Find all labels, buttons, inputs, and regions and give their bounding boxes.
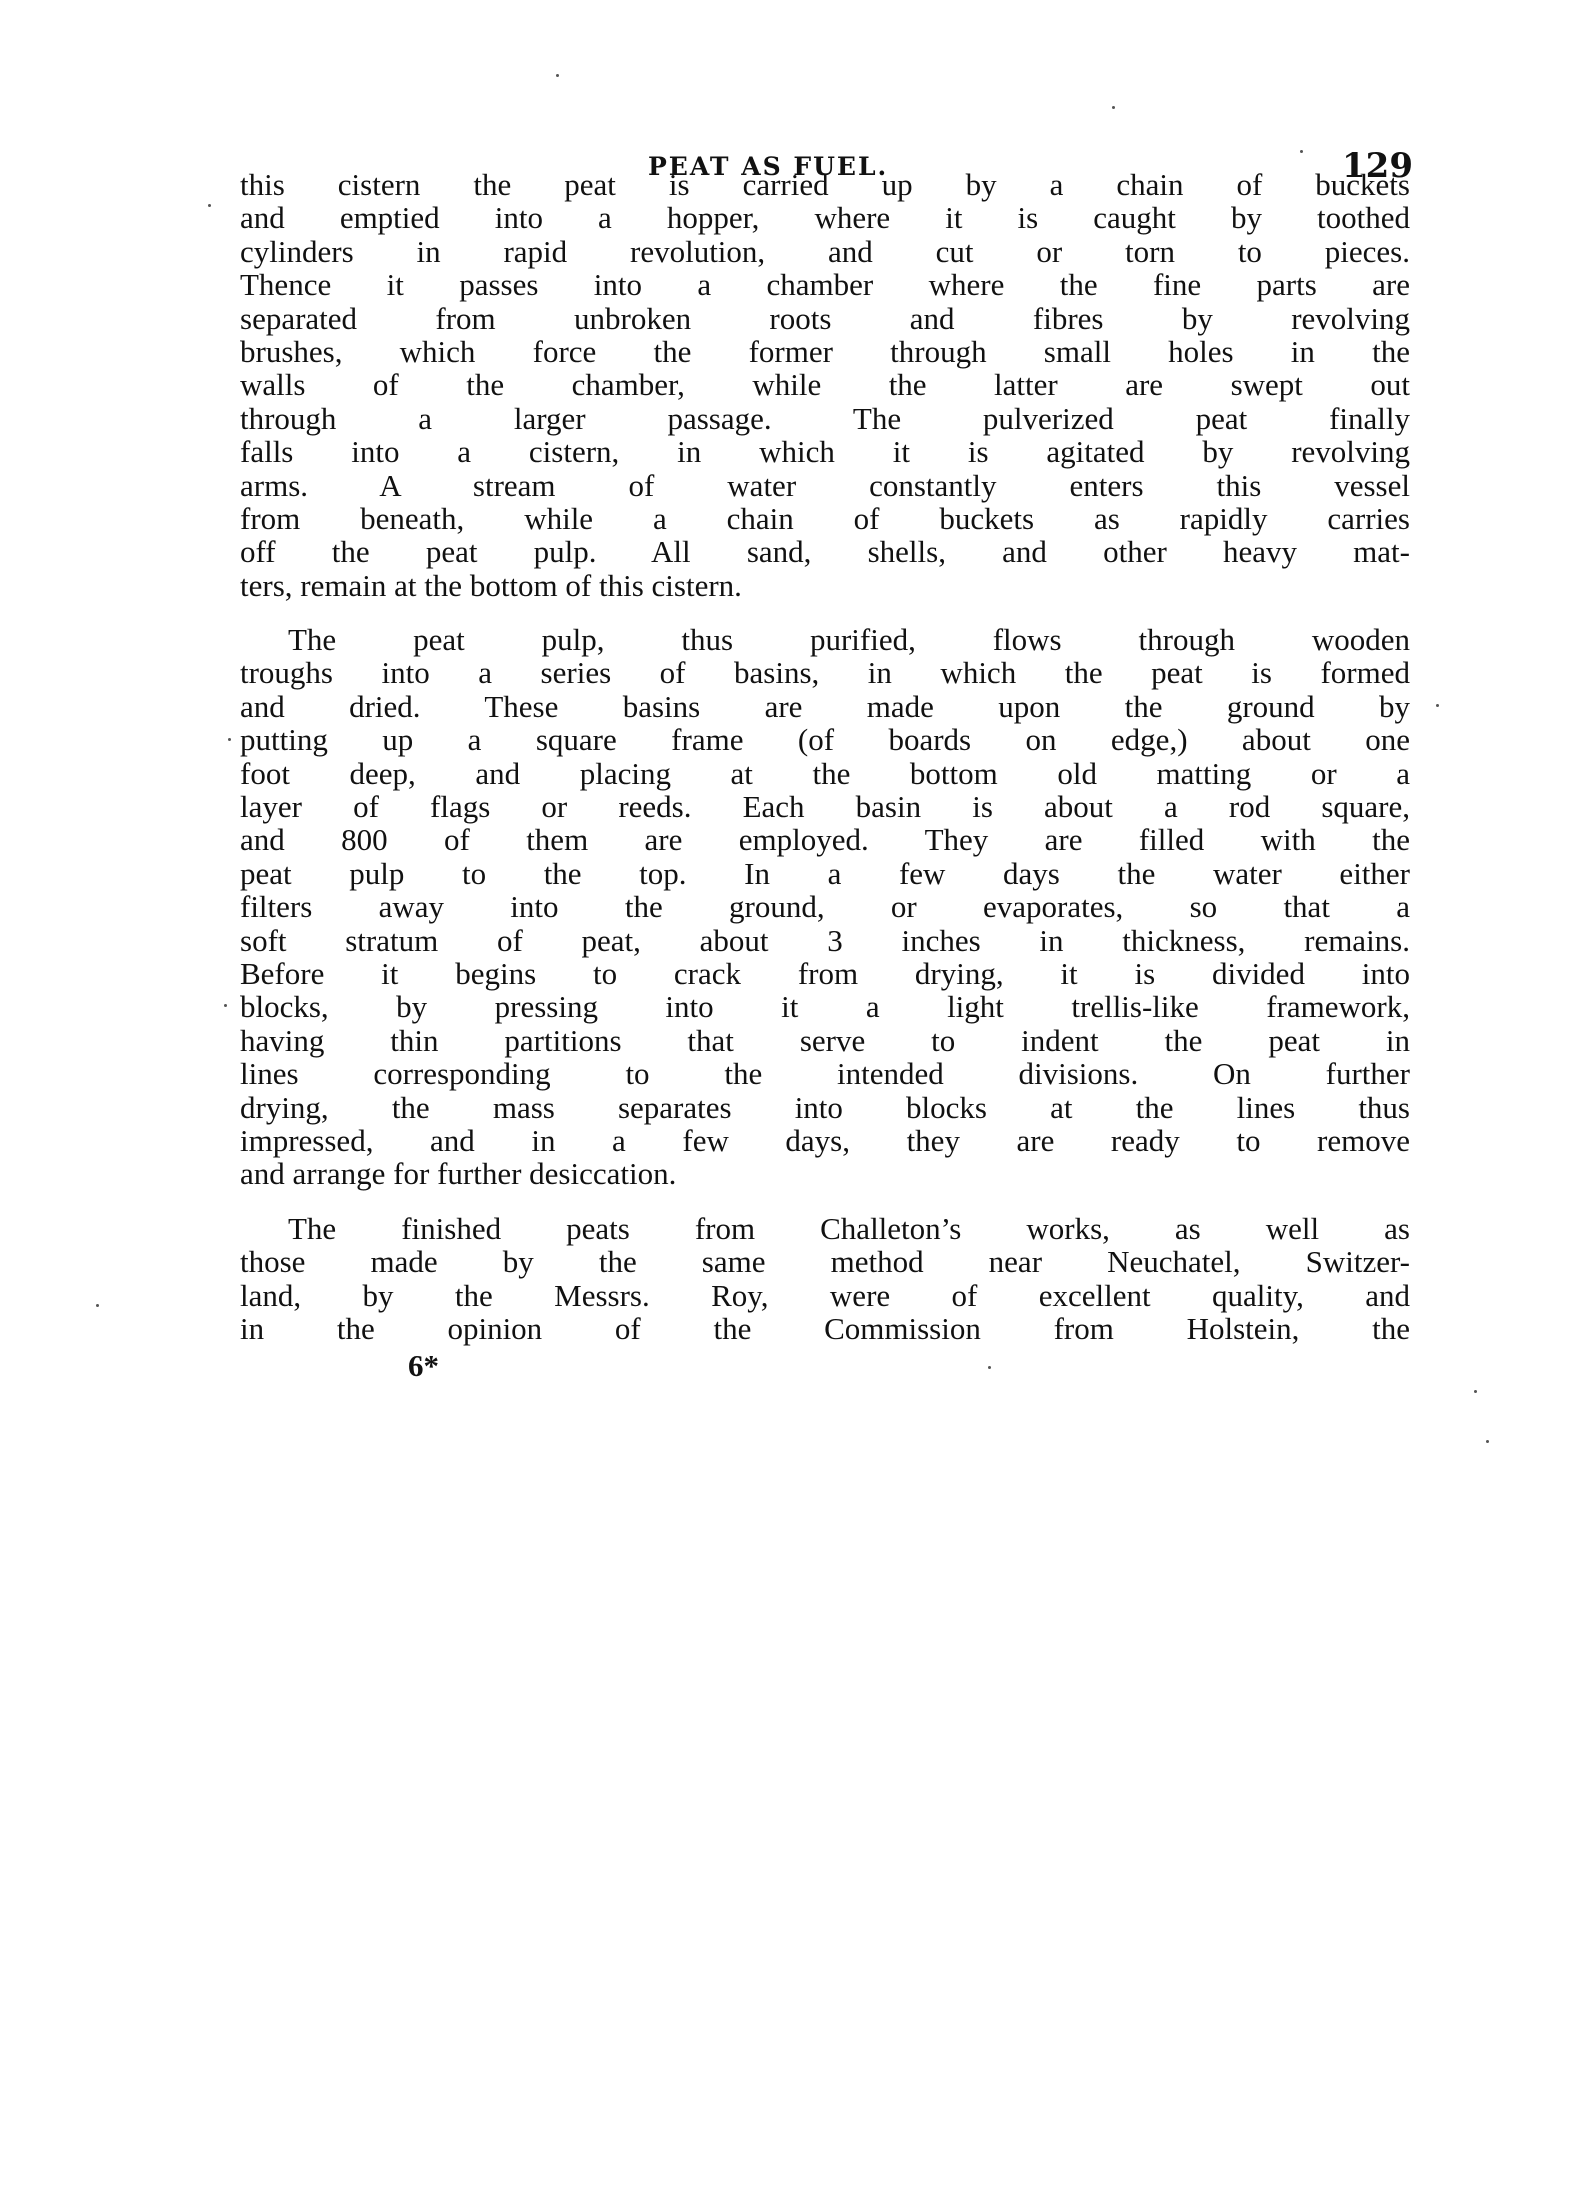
- scan-speck: [988, 1366, 991, 1369]
- scan-speck: [1436, 704, 1439, 707]
- text-line: and 800 of them are employed. They are f…: [240, 823, 1410, 856]
- text-line: The finished peats from Challeton’s work…: [240, 1212, 1410, 1245]
- text-line: peat pulp to the top. In a few days the …: [240, 857, 1410, 890]
- text-line: having thin partitions that serve to ind…: [240, 1024, 1410, 1057]
- text-line: and dried. These basins are made upon th…: [240, 690, 1410, 723]
- text-line: ters, remain at the bottom of this ciste…: [240, 569, 1410, 602]
- text-line: layer of flags or reeds. Each basin is a…: [240, 790, 1410, 823]
- scan-speck: [228, 738, 231, 741]
- text-line: off the peat pulp. All sand, shells, and…: [240, 535, 1410, 568]
- text-line: lines corresponding to the intended divi…: [240, 1057, 1410, 1090]
- text-line: Thence it passes into a chamber where th…: [240, 268, 1410, 301]
- paragraph-2: The peat pulp, thus purified, flows thro…: [240, 623, 1410, 1191]
- body-text: this cistern the peat is carried up by a…: [240, 168, 1410, 1345]
- text-line: and emptied into a hopper, where it is c…: [240, 201, 1410, 234]
- text-line: foot deep, and placing at the bottom old…: [240, 757, 1410, 790]
- scan-speck: [556, 74, 559, 77]
- scan-speck: [1474, 1390, 1477, 1393]
- text-line: drying, the mass separates into blocks a…: [240, 1091, 1410, 1124]
- text-line: brushes, which force the former through …: [240, 335, 1410, 368]
- text-line: in the opinion of the Commission from Ho…: [240, 1312, 1410, 1345]
- text-line: walls of the chamber, while the latter a…: [240, 368, 1410, 401]
- text-line: cylinders in rapid revolution, and cut o…: [240, 235, 1410, 268]
- paragraph-1: this cistern the peat is carried up by a…: [240, 168, 1410, 602]
- scan-speck: [224, 1004, 227, 1007]
- paragraph-3: The finished peats from Challeton’s work…: [240, 1212, 1410, 1346]
- scan-speck: [96, 1304, 99, 1307]
- text-line: arms. A stream of water constantly enter…: [240, 469, 1410, 502]
- text-line: impressed, and in a few days, they are r…: [240, 1124, 1410, 1157]
- text-line: and arrange for further desiccation.: [240, 1157, 1410, 1190]
- book-page: PEAT AS FUEL. 129 this cistern the peat …: [0, 0, 1581, 2206]
- signature-mark: 6*: [408, 1348, 439, 1384]
- text-line: Before it begins to crack from drying, i…: [240, 957, 1410, 990]
- text-line: from beneath, while a chain of buckets a…: [240, 502, 1410, 535]
- scan-speck: [1300, 150, 1303, 153]
- text-line: soft stratum of peat, about 3 inches in …: [240, 924, 1410, 957]
- text-line: blocks, by pressing into it a light trel…: [240, 990, 1410, 1023]
- scan-speck: [208, 204, 211, 207]
- text-line: those made by the same method near Neuch…: [240, 1245, 1410, 1278]
- text-line: land, by the Messrs. Roy, were of excell…: [240, 1279, 1410, 1312]
- scan-speck: [1112, 106, 1115, 109]
- text-line: troughs into a series of basins, in whic…: [240, 656, 1410, 689]
- text-line: The peat pulp, thus purified, flows thro…: [240, 623, 1410, 656]
- text-line: this cistern the peat is carried up by a…: [240, 168, 1410, 201]
- text-line: through a larger passage. The pulverized…: [240, 402, 1410, 435]
- text-line: falls into a cistern, in which it is agi…: [240, 435, 1410, 468]
- text-line: filters away into the ground, or evapora…: [240, 890, 1410, 923]
- scan-speck: [1486, 1440, 1489, 1443]
- text-line: separated from unbroken roots and fibres…: [240, 302, 1410, 335]
- text-line: putting up a square frame (of boards on …: [240, 723, 1410, 756]
